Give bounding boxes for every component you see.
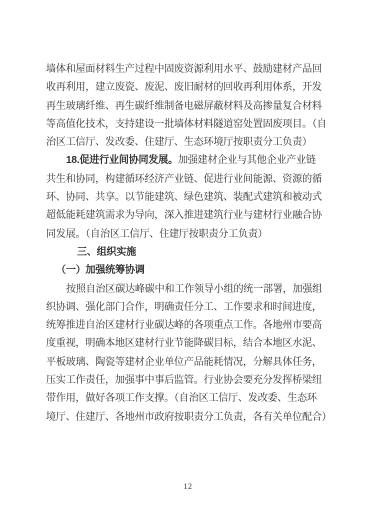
body-text-line: 带作用，做好各项工作支撑。（自治区工信厅、发改委、生态环 <box>46 390 333 408</box>
body-text-line: 同发展。（自治区工信厅、住建厅按职责分工负责） <box>46 226 333 244</box>
body-text-line: 18.促进行业间协同发展。加强建材企业与其他企业产业链 <box>46 152 333 170</box>
body-text-line: 治区工信厅、发改委、住建厅、生态环境厅按职责分工负责） <box>46 134 333 152</box>
document-text-block: 墙体和屋面材料生产过程中固废资源利用水平、鼓励建材产品回 收再利用，建立废瓷、废… <box>46 61 333 427</box>
body-text-line: 织协调、强化部门合作，明确责任分工、工作要求和时间进度， <box>46 299 333 317</box>
body-text-line: 平板玻璃、陶瓷等建材企业单位产品能耗情况，分解具体任务， <box>46 354 333 372</box>
body-text-line: 等高值化技术，支持建设一批墙体材料隧道窑处置固废项目。（自 <box>46 116 333 134</box>
body-text-line: 再生玻璃纤维、再生碳纤维制备电磁屏蔽材料及高掺量复合材料 <box>46 98 333 116</box>
body-text-line: 度重视，明确本地区建材行业节能降碳目标，结合本地区水泥、 <box>46 335 333 353</box>
body-text-line: 统筹推进自治区建材行业碳达峰的各项重点工作。各地州市要高 <box>46 317 333 335</box>
body-text-line: 墙体和屋面材料生产过程中固废资源利用水平、鼓励建材产品回 <box>46 61 333 79</box>
body-text-line: 按照自治区碳达峰碳中和工作领导小组的统一部署，加强组 <box>46 281 333 299</box>
document-page: 墙体和屋面材料生产过程中固废资源利用水平、鼓励建材产品回 收再利用，建立废瓷、废… <box>0 0 376 532</box>
body-text-run: 加强建材企业与其他企业产业链 <box>178 155 316 166</box>
body-text-line: 超低能耗建筑需求为导向，深入推进建筑行业与建材行业融合协 <box>46 207 333 225</box>
body-text-line: 共生和协同，构建循环经济产业链、促进行业间能源、资源的循 <box>46 171 333 189</box>
numbered-item-heading: 18.促进行业间协同发展。 <box>66 155 178 166</box>
section-heading: 三、组织实施 <box>46 244 333 262</box>
body-text-line: 环、协同、共享。以节能建筑、绿色建筑、装配式建筑和被动式 <box>46 189 333 207</box>
body-text-line: 收再利用，建立废瓷、废泥、废旧耐材的回收再利用体系，开发 <box>46 79 333 97</box>
body-text-line: 境厅、住建厅、各地州市政府按职责分工负责，各有关单位配合） <box>46 409 333 427</box>
body-text-line: 压实工作责任，加强事中事后监管。行业协会要充分发挥桥梁纽 <box>46 372 333 390</box>
subsection-heading: （一）加强统筹协调 <box>46 262 333 280</box>
page-number: 12 <box>0 482 376 491</box>
